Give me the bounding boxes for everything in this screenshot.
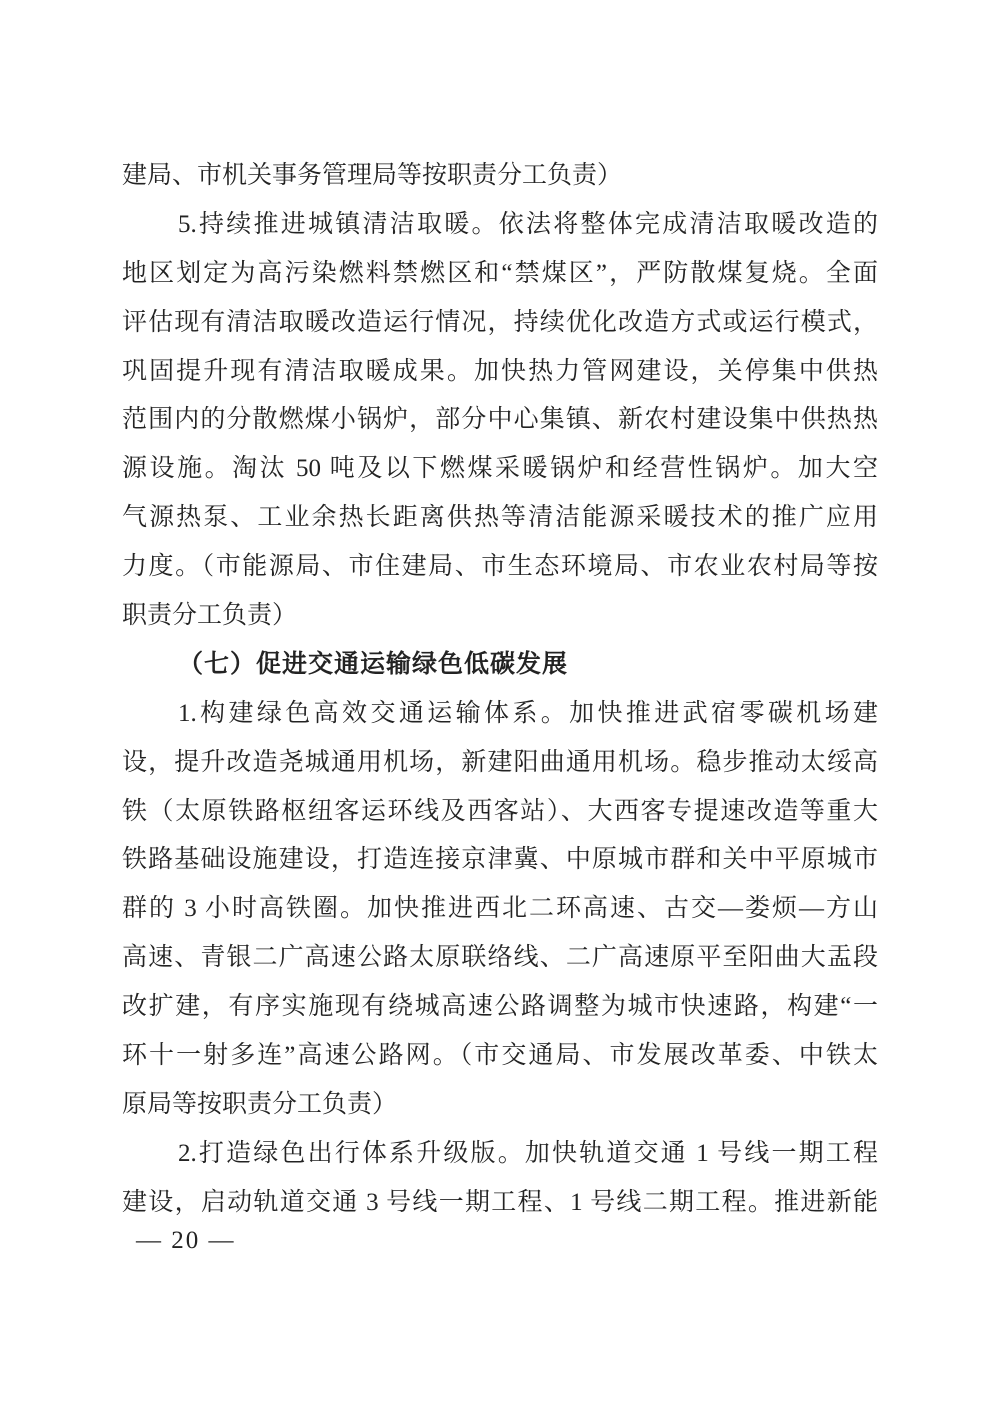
text-line: 铁路基础设施建设，打造连接京津冀、中原城市群和关中平原城市 xyxy=(122,836,878,885)
text-line: 1.构建绿色高效交通运输体系。加快推进武宿零碳机场建 xyxy=(122,690,878,739)
text-line: 改扩建，有序实施现有绕城高速公路调整为城市快速路，构建“一 xyxy=(122,983,878,1032)
text-line: 职责分工负责） xyxy=(122,592,878,641)
document-page: 建局、市机关事务管理局等按职责分工负责）5.持续推进城镇清洁取暖。依法将整体完成… xyxy=(0,0,1000,1415)
text-line: 气源热泵、工业余热长距离供热等清洁能源采暖技术的推广应用 xyxy=(122,494,878,543)
text-line: 原局等按职责分工负责） xyxy=(122,1081,878,1130)
text-line: 巩固提升现有清洁取暖成果。加快热力管网建设，关停集中供热 xyxy=(122,348,878,397)
text-line: 评估现有清洁取暖改造运行情况，持续优化改造方式或运行模式， xyxy=(122,299,878,348)
text-line: 地区划定为高污染燃料禁燃区和“禁煤区”，严防散煤复烧。全面 xyxy=(122,250,878,299)
text-line: 高速、青银二广高速公路太原联络线、二广高速原平至阳曲大盂段 xyxy=(122,934,878,983)
text-line: 群的 3 小时高铁圈。加快推进西北二环高速、古交—娄烦—方山 xyxy=(122,885,878,934)
text-line: 铁（太原铁路枢纽客运环线及西客站）、大西客专提速改造等重大 xyxy=(122,788,878,837)
page-number: — 20 — xyxy=(136,1216,236,1265)
text-line: 设，提升改造尧城通用机场，新建阳曲通用机场。稳步推动太绥高 xyxy=(122,739,878,788)
text-line: 环十一射多连”高速公路网。（市交通局、市发展改革委、中铁太 xyxy=(122,1032,878,1081)
text-line: 5.持续推进城镇清洁取暖。依法将整体完成清洁取暖改造的 xyxy=(122,201,878,250)
text-line: 源设施。淘汰 50 吨及以下燃煤采暖锅炉和经营性锅炉。加大空 xyxy=(122,445,878,494)
document-body: 建局、市机关事务管理局等按职责分工负责）5.持续推进城镇清洁取暖。依法将整体完成… xyxy=(122,152,878,1228)
text-line: 力度。（市能源局、市住建局、市生态环境局、市农业农村局等按 xyxy=(122,543,878,592)
section-heading: （七）促进交通运输绿色低碳发展 xyxy=(122,641,878,690)
text-line: 范围内的分散燃煤小锅炉，部分中心集镇、新农村建设集中供热热 xyxy=(122,396,878,445)
text-line: 建局、市机关事务管理局等按职责分工负责） xyxy=(122,152,878,201)
text-line: 2.打造绿色出行体系升级版。加快轨道交通 1 号线一期工程 xyxy=(122,1130,878,1179)
